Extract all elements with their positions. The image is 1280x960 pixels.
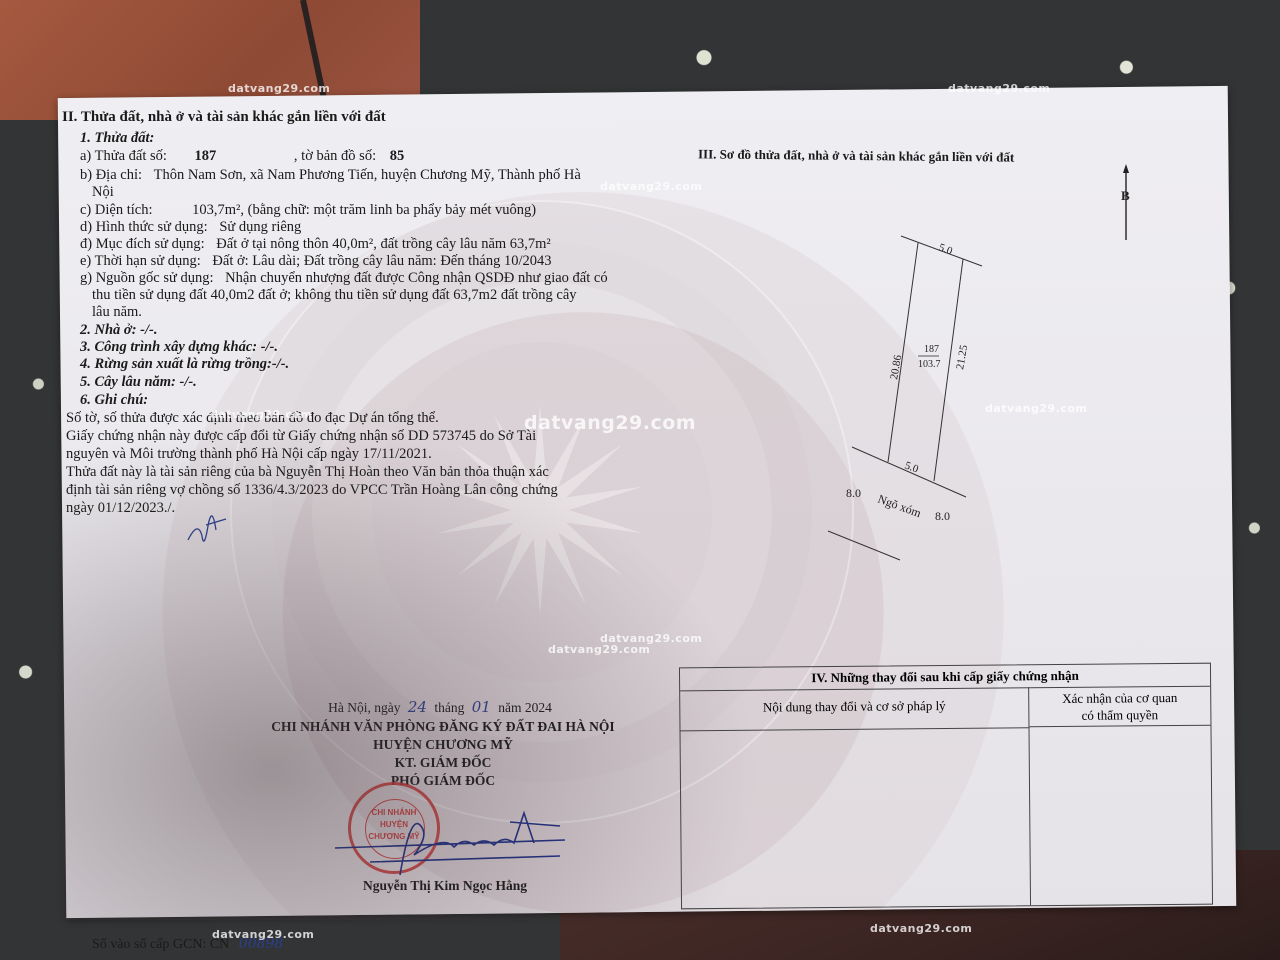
place-date: Hà Nội, ngày 24 tháng 01 năm 2024 [250, 698, 630, 716]
note-line: Giấy chứng nhận này được cấp đổi từ Giấy… [66, 428, 536, 445]
purpose-label: đ) Mục đích sử dụng: [80, 236, 205, 252]
note-line: ngày 01/12/2023./. [66, 500, 175, 517]
watermark: datvang29.com [948, 82, 1050, 95]
land-heading: 1. Thửa đất: [80, 130, 154, 147]
term-value: Đất ở: Lâu dài; Đất trồng cây lâu năm: Đ… [212, 253, 551, 269]
address-value: Thôn Nam Sơn, xã Nam Phương Tiến, huyện … [154, 167, 581, 183]
origin-row: g) Nguồn gốc sử dụng: Nhận chuyển nhượng… [80, 270, 608, 287]
purpose-value: Đất ở tại nông thôn 40,0m², đất trồng câ… [216, 236, 551, 252]
place-date-prefix: Hà Nội, ngày [328, 700, 400, 715]
watermark: datvang29.com [524, 412, 696, 434]
parcel-number: 187 [195, 148, 217, 164]
parcel-row: a) Thửa đất số: 187 , tờ bản đồ số: 85 [80, 148, 404, 165]
watermark: datvang29.com [870, 922, 972, 935]
other-construction-item: 3. Công trình xây dựng khác: -/-. [80, 339, 278, 356]
date-month: 01 [472, 698, 491, 716]
usage-form-row: d) Hình thức sử dụng: Sử dụng riêng [80, 219, 301, 236]
watermark: datvang29.com [228, 82, 330, 95]
authority-confirmation-header: Xác nhận của cơ quan có thẩm quyền [1029, 686, 1210, 728]
note-line: định tài sản riêng vợ chồng số 1336/4.3/… [66, 482, 558, 499]
term-label: e) Thời hạn sử dụng: [80, 253, 201, 269]
production-forest-item: 4. Rừng sản xuất là rừng trồng:-/-. [80, 356, 289, 373]
map-sheet-label: , tờ bản đồ số: [294, 148, 376, 164]
address-label: b) Địa chỉ: [80, 167, 142, 183]
usage-form-value: Sử dụng riêng [219, 219, 301, 235]
note-line: nguyên và Môi trường thành phố Hà Nội cấ… [66, 446, 432, 463]
authority-header-line-1: Xác nhận của cơ quan [1029, 689, 1210, 708]
area-label: c) Diện tích: [80, 202, 152, 218]
watermark: datvang29.com [600, 180, 702, 193]
area-value: 103,7m², (bằng chữ: một trăm linh ba phẩ… [192, 202, 536, 218]
address-row: b) Địa chỉ: Thôn Nam Sơn, xã Nam Phương … [80, 167, 581, 184]
purpose-row: đ) Mục đích sử dụng: Đất ở tại nông thôn… [80, 236, 551, 253]
signer-role-1: KT. GIÁM ĐỐC [248, 755, 638, 771]
usage-form-label: d) Hình thức sử dụng: [80, 219, 208, 235]
area-row: c) Diện tích: 103,7m², (bằng chữ: một tr… [80, 202, 536, 219]
watermark: datvang29.com [548, 643, 650, 656]
signer-role-2: PHÓ GIÁM ĐỐC [248, 773, 638, 789]
note-line: Thửa đất này là tài sản riêng của bà Ngu… [66, 464, 549, 481]
notes-heading: 6. Ghi chú: [80, 392, 148, 409]
changes-content-cell [681, 728, 1031, 908]
registry-label: Số vào sổ cấp GCN: CN [92, 937, 229, 952]
origin-value: Nhận chuyển nhượng đất được Công nhận QS… [225, 270, 607, 286]
issuing-district: HUYỆN CHƯƠNG MỸ [248, 737, 638, 753]
origin-line-3: lâu năm. [92, 304, 142, 321]
perennial-trees-item: 5. Cây lâu năm: -/-. [80, 374, 197, 391]
handwritten-signature [330, 800, 580, 880]
watermark: datvang29.com [212, 928, 314, 941]
changes-table: IV. Những thay đổi sau khi cấp giấy chứn… [679, 663, 1213, 910]
section-3-title: III. Sơ đồ thửa đất, nhà ở và tài sản kh… [698, 146, 1014, 165]
parcel-label: a) Thửa đất số: [80, 148, 167, 164]
section-2-title: II. Thửa đất, nhà ở và tài sản khác gắn … [62, 109, 386, 126]
address-line-2: Nội [92, 184, 114, 201]
watermark: datvang29.com [210, 408, 312, 421]
house-item: 2. Nhà ở: -/-. [80, 322, 157, 339]
date-day: 24 [408, 698, 427, 716]
term-row: e) Thời hạn sử dụng: Đất ở: Lâu dài; Đất… [80, 253, 551, 270]
changes-content-header: Nội dung thay đổi và cơ sở pháp lý [680, 687, 1029, 731]
signer-name: Nguyễn Thị Kim Ngọc Hằng [330, 878, 560, 894]
month-label: tháng [434, 700, 464, 715]
authority-header-line-2: có thẩm quyền [1029, 706, 1210, 725]
issuing-office: CHI NHÁNH VĂN PHÒNG ĐĂNG KÝ ĐẤT ĐAI HÀ N… [248, 719, 638, 735]
year-label: năm 2024 [498, 700, 552, 715]
origin-line-2: thu tiền sử dụng đất 40,0m2 đất ở; không… [92, 287, 577, 304]
authority-confirmation-cell [1029, 727, 1212, 906]
origin-label: g) Nguồn gốc sử dụng: [80, 270, 214, 286]
map-sheet-number: 85 [390, 148, 405, 164]
watermark: datvang29.com [985, 402, 1087, 415]
